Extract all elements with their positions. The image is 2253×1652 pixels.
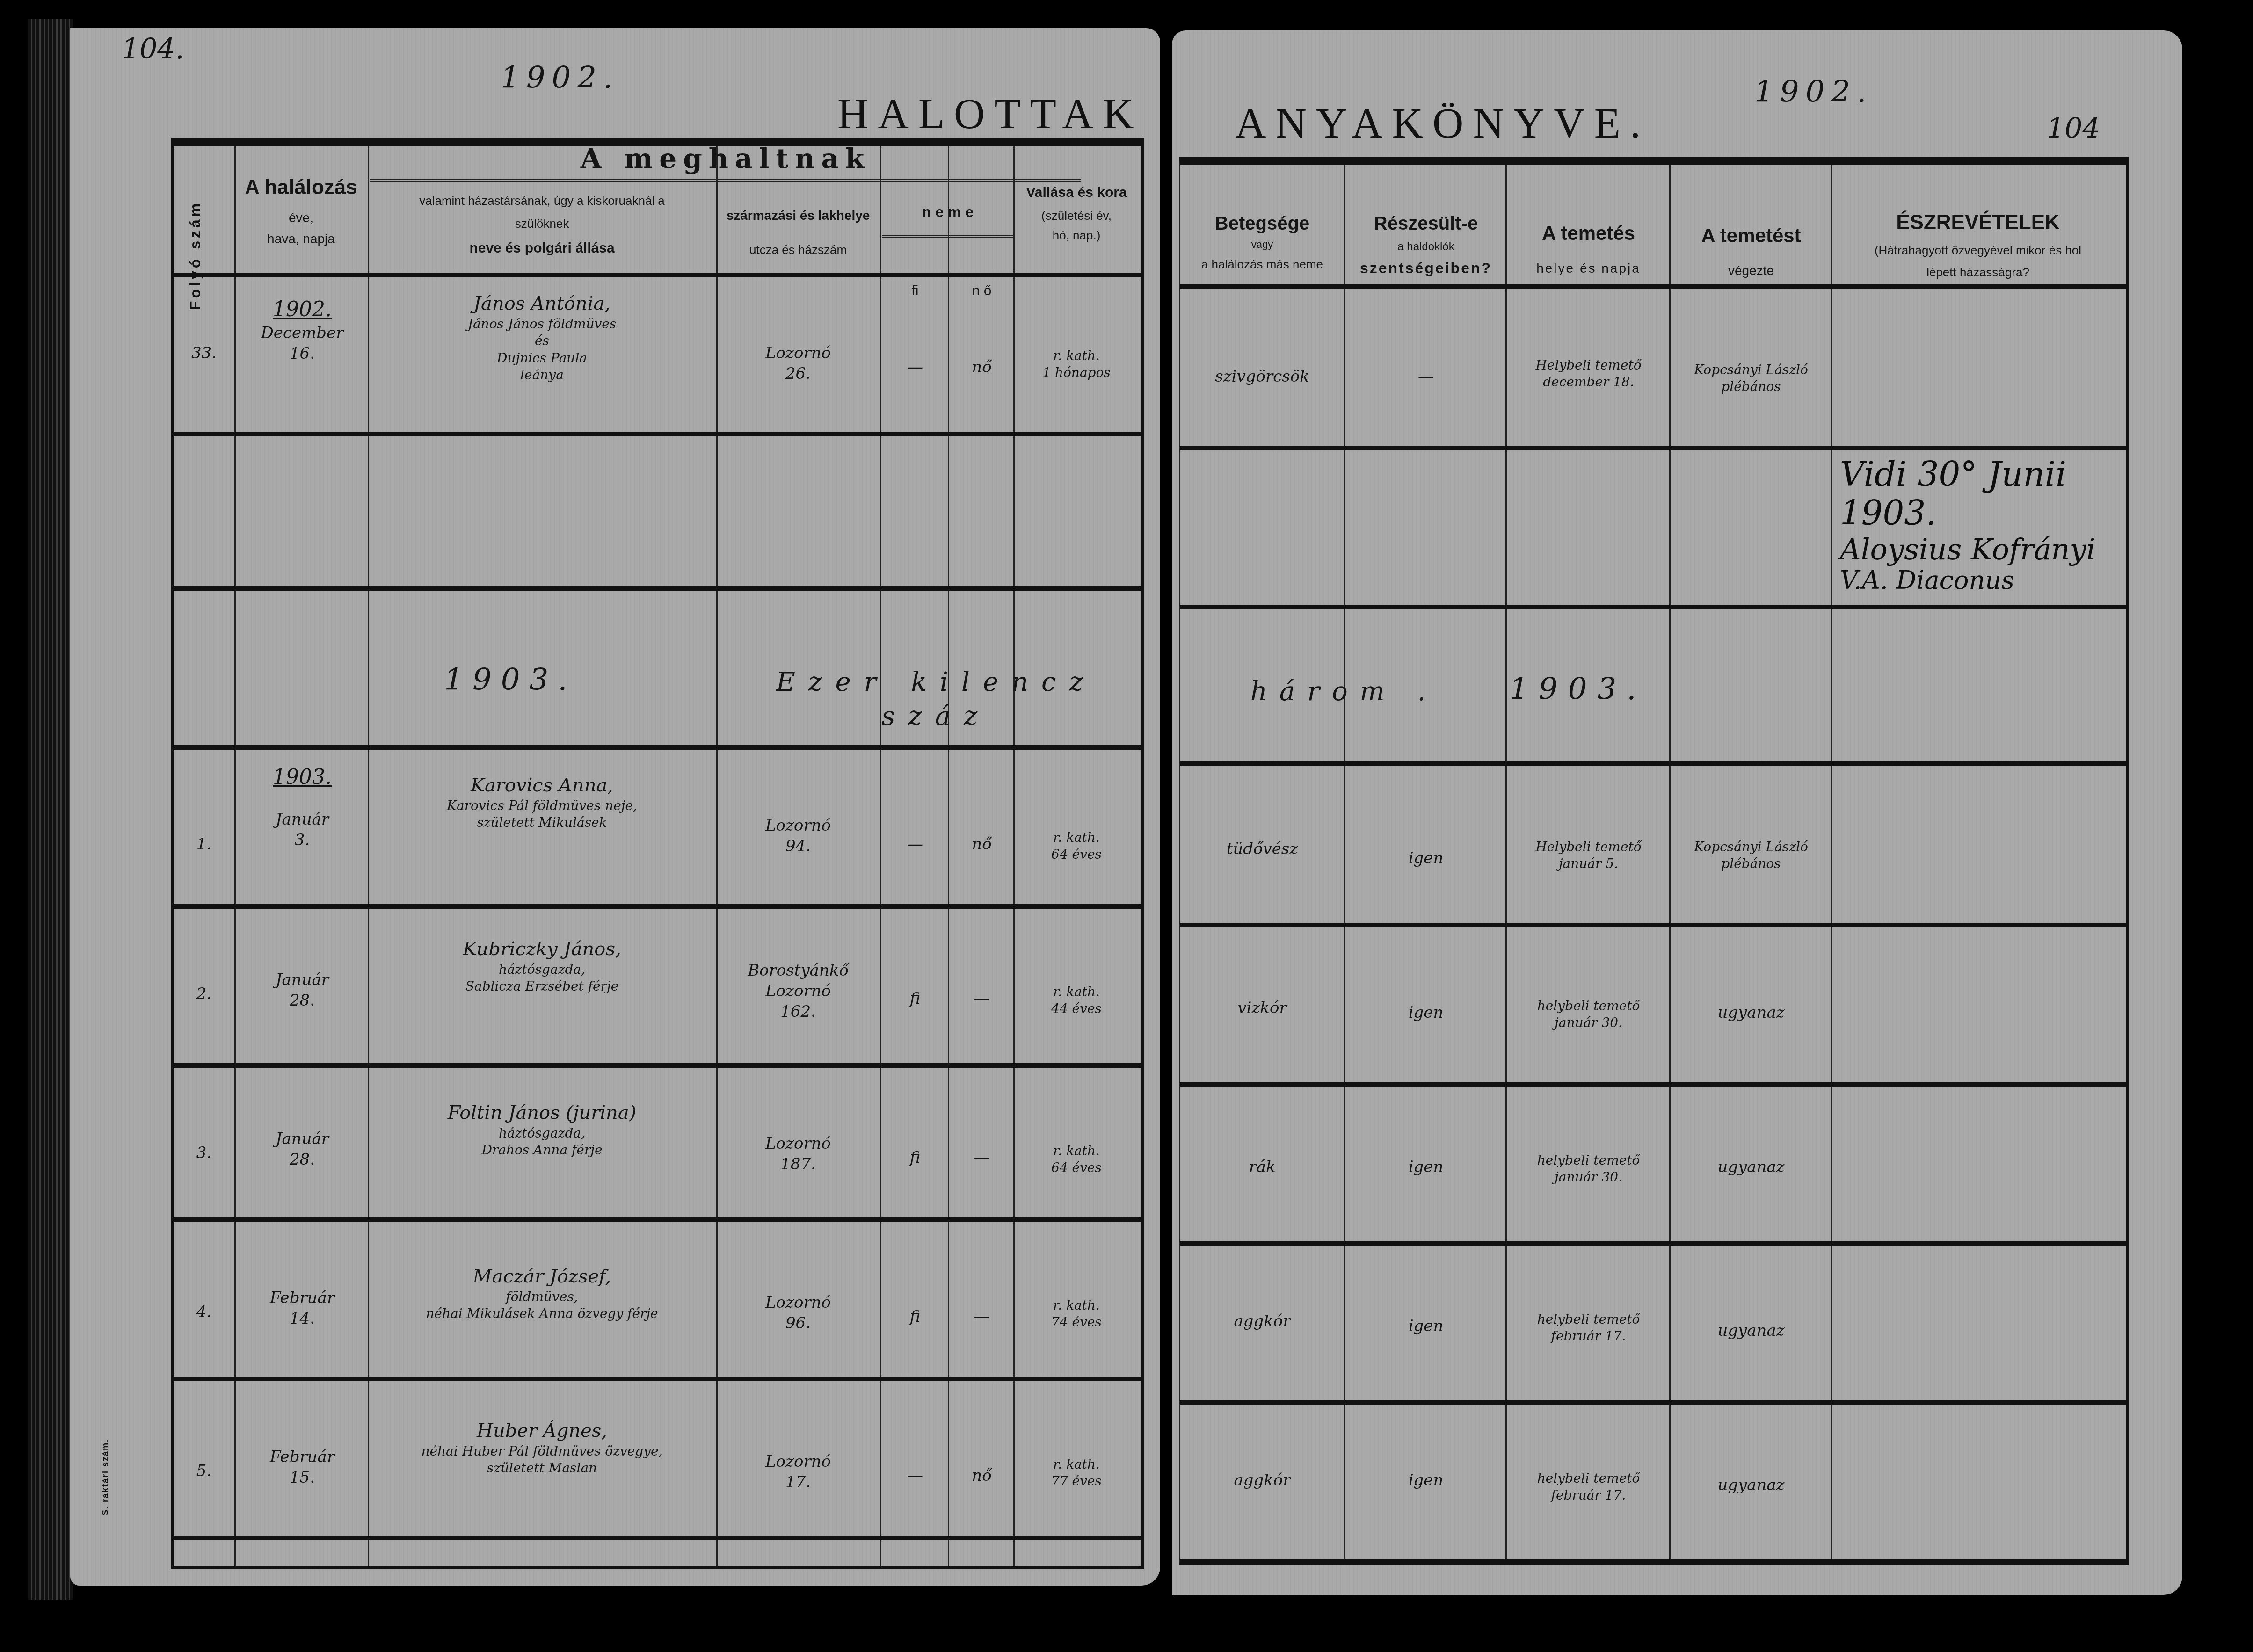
nev-line3: neve és polgári állása [370, 239, 714, 257]
betegsege-line1: vagy [1180, 238, 1344, 251]
entry-date: Január 28. [237, 970, 368, 1011]
entry-place: Lozornó 94. [719, 815, 878, 856]
entry-burial-date: december 18. [1508, 374, 1669, 391]
temetes-line1: helye és napja [1508, 260, 1669, 276]
entry-place: Lozornó 187. [719, 1133, 878, 1174]
row-divider [174, 1063, 1141, 1068]
entry-sacraments: igen [1346, 848, 1505, 869]
entry-date: Január 28. [237, 1129, 368, 1170]
row-divider [174, 904, 1141, 909]
entry-disease: szivgörcsök [1180, 366, 1344, 387]
header-eszrevetelek: ÉSZREVÉTELEK (Hátrahagyott özvegyével mi… [1833, 210, 2123, 280]
header-temetes: A temetés helye és napja [1508, 221, 1669, 276]
entry-house: 17. [719, 1472, 878, 1493]
vallasa-line1: (születési év, [1016, 208, 1137, 224]
entry-burial: helybeli temető február 17. [1508, 1470, 1669, 1504]
title-left: HALOTTAK [837, 89, 1143, 138]
col-line [1831, 165, 1832, 1562]
entry-religion: r. kath. [1016, 1297, 1137, 1314]
row-divider [174, 273, 1141, 277]
entry-day: 28. [237, 1149, 368, 1170]
entry-age: 77 éves [1016, 1473, 1137, 1490]
lakhely-line1: származási és lakhelye [719, 207, 878, 224]
row-divider [174, 586, 1141, 591]
entry-name-line3: Sablicza Erzsébet férje [370, 978, 714, 995]
col-line [1505, 165, 1507, 1562]
year-header-left: 1902. [501, 61, 619, 95]
entry-disease: rák [1180, 1157, 1344, 1177]
entry-officiant: ugyanaz [1672, 1475, 1831, 1495]
col-line [880, 146, 881, 1566]
entry-sacraments: — [1346, 366, 1505, 387]
entry-age: 74 éves [1016, 1314, 1137, 1331]
entry-officiant-name: Kopcsányi László [1672, 362, 1831, 378]
entry-no: 2. [174, 984, 234, 1004]
entry-place-line1: Borostyánkő [719, 960, 878, 981]
entry-name-line2: János János földmüves [370, 316, 714, 333]
row-divider [1180, 1400, 2126, 1405]
nev-line2: szülöknek [370, 216, 714, 232]
eszrevetelek-title: ÉSZREVÉTELEK [1833, 210, 2123, 235]
halalozas-title: A halálozás [237, 174, 365, 200]
entry-month: Január [237, 1129, 368, 1149]
entry-officiant: ugyanaz [1672, 1002, 1831, 1023]
entry-place-name: Lozornó [719, 1133, 878, 1154]
entry-burial-date: február 17. [1508, 1328, 1669, 1345]
entry-officiant-name: Kopcsányi László [1672, 839, 1831, 855]
entry-age: 64 éves [1016, 1159, 1137, 1176]
entry-name-main: Foltin János (jurina) [370, 1101, 714, 1125]
entry-religion-age: r. kath. 1 hónapos [1016, 348, 1137, 382]
row-divider [174, 1377, 1141, 1381]
annotation-line2: 1903. [1840, 494, 2121, 533]
entry-no-sex: nő [950, 357, 1013, 377]
year-divider-words-right: három . [1180, 675, 1508, 709]
annotation-signature: Aloysius Kofrányi [1840, 533, 2121, 566]
entry-name-main: Kubriczky János, [370, 937, 714, 961]
temetes-title: A temetés [1508, 221, 1669, 246]
row-divider [174, 1536, 1141, 1540]
entry-burial: helybeli temető január 30. [1508, 998, 1669, 1032]
left-page: 104. 1902. HALOTTAK S. raktári szám. Fol… [70, 28, 1160, 1586]
eszrevetelek-line1: (Hátrahagyott özvegyével mikor és hol [1833, 243, 2123, 258]
entry-religion: r. kath. [1016, 1456, 1137, 1473]
entry-no-sex: nő [950, 1465, 1013, 1486]
entry-fi: — [882, 834, 948, 855]
entry-date: 1902. December 16. [237, 296, 368, 364]
entry-religion: r. kath. [1016, 829, 1137, 846]
entry-fi: — [882, 1465, 948, 1486]
entry-name-main: Maczár József, [370, 1264, 714, 1289]
entry-name-line3: és [370, 333, 714, 349]
entry-officiant-title: plébános [1672, 378, 1831, 395]
year-divider-numeric-left: 1903. [370, 661, 651, 700]
entry-burial-date: január 30. [1508, 1014, 1669, 1031]
entry-religion: r. kath. [1016, 348, 1137, 364]
entry-house: 162. [719, 1001, 878, 1022]
nev-line1: valamint házastársának, úgy a kiskoruakn… [370, 193, 714, 209]
entry-name-line2: néhai Huber Pál földmüves özvegye, [370, 1443, 714, 1460]
entry-no: 33. [174, 343, 234, 363]
header-neme: n e m e [882, 203, 1013, 221]
entry-date: Február 14. [237, 1288, 368, 1329]
header-meghaltnak: A meghaltnak [370, 142, 1081, 176]
lakhely-line2: utcza és házszám [719, 242, 878, 258]
visitation-annotation: Vidi 30° Junii 1903. Aloysius Kofrányi V… [1840, 455, 2121, 595]
header-betegsege: Betegsége vagy a halálozás más neme [1180, 212, 1344, 272]
entry-burial: Helybeli temető január 5. [1508, 839, 1669, 873]
page-number-left: 104. [122, 33, 184, 65]
entry-age: 1 hónapos [1016, 364, 1137, 381]
side-stamp: S. raktári szám. [101, 1439, 110, 1515]
entry-religion-age: r. kath. 44 éves [1016, 984, 1137, 1018]
entry-no-sex: — [950, 1147, 1013, 1168]
entry-name-line3: született Mikulásek [370, 814, 714, 831]
halalozas-line2: hava, napja [237, 231, 365, 247]
entry-house: 26. [719, 363, 878, 384]
entry-no: 4. [174, 1302, 234, 1322]
entry-fi: fi [882, 988, 948, 1009]
entry-burial-date: február 17. [1508, 1487, 1669, 1504]
header-halalozas: A halálozás éve, hava, napja [237, 174, 365, 247]
entry-year: 1902. [237, 296, 368, 323]
entry-name-line3: néhai Mikulásek Anna özvegy férje [370, 1305, 714, 1322]
entry-name-line3: Drahos Anna férje [370, 1142, 714, 1159]
entry-officiant-title: plébános [1672, 855, 1831, 872]
entry-place: Borostyánkő Lozornó 162. [719, 960, 878, 1022]
entry-disease: aggkór [1180, 1470, 1344, 1491]
entry-day: 28. [237, 990, 368, 1011]
entry-place: Lozornó 17. [719, 1451, 878, 1493]
entry-burial: helybeli temető február 17. [1508, 1311, 1669, 1345]
title-right: ANYAKÖNYVE. [1235, 98, 1650, 148]
entry-burial: helybeli temető január 30. [1508, 1152, 1669, 1186]
col-line [716, 146, 718, 1566]
row-divider [1180, 284, 2126, 289]
book-spine-edge [28, 19, 73, 1600]
entry-name: János Antónia, János János földmüves és … [370, 291, 714, 384]
entry-fi: fi [882, 1306, 948, 1327]
entry-name-line2: földmüves, [370, 1289, 714, 1305]
row-divider [1180, 605, 2126, 609]
entry-house: 94. [719, 836, 878, 856]
entry-date: 1903. Január 3. [237, 764, 368, 851]
entry-no: 3. [174, 1143, 234, 1163]
entry-day: 15. [237, 1467, 368, 1488]
header-nev: valamint házastársának, úgy a kiskoruakn… [370, 193, 714, 257]
entry-no-sex: — [950, 1306, 1013, 1327]
right-page: ANYAKÖNYVE. 1902. 104 Betegsége vagy a h… [1172, 30, 2182, 1595]
entry-no-sex: nő [950, 834, 1013, 855]
entry-name-main: Huber Ágnes, [370, 1419, 714, 1443]
vallasa-line2: hó, nap.) [1016, 228, 1137, 243]
entry-name: Huber Ágnes, néhai Huber Pál földmüves ö… [370, 1419, 714, 1477]
entry-name-line2: Karovics Pál földmüves neje, [370, 797, 714, 814]
entry-place: Lozornó 96. [719, 1292, 878, 1333]
year-header-right: 1902. [1754, 75, 1873, 109]
eszrevetelek-line2: lépett házasságra? [1833, 265, 2123, 280]
header-reszesult: Részesült-e a haldoklók szentségeiben? [1346, 212, 1505, 277]
header-no: n ő [950, 282, 1013, 300]
entry-month: December [237, 323, 368, 343]
header-folyo-szam: Folyó szám [187, 201, 204, 310]
row-divider [1180, 761, 2126, 766]
entry-religion-age: r. kath. 77 éves [1016, 1456, 1137, 1490]
entry-officiant: ugyanaz [1672, 1157, 1831, 1177]
row-divider [174, 432, 1141, 436]
entry-burial-place: Helybeli temető [1508, 357, 1669, 374]
entry-date: Február 15. [237, 1447, 368, 1488]
entry-disease: vizkór [1180, 998, 1344, 1018]
entry-sacraments: igen [1346, 1316, 1505, 1336]
col-line [1344, 165, 1345, 1562]
col-line [948, 146, 949, 1566]
entry-fi: fi [882, 1147, 948, 1168]
entry-name-line2: háztósgazda, [370, 961, 714, 978]
entry-sacraments: igen [1346, 1002, 1505, 1023]
betegsege-line2: a halálozás más neme [1180, 257, 1344, 272]
entry-name-line5: leánya [370, 367, 714, 384]
entry-religion-age: r. kath. 64 éves [1016, 829, 1137, 863]
row-divider [1180, 1082, 2126, 1087]
neme-divider [882, 235, 1013, 238]
header-temetest: A temetést végezte [1672, 224, 1831, 279]
row-divider [1180, 1559, 2126, 1564]
entry-burial-date: január 30. [1508, 1169, 1669, 1186]
reszesult-line2: szentségeiben? [1346, 259, 1505, 277]
entry-house: 187. [719, 1154, 878, 1174]
row-divider [1180, 923, 2126, 927]
entry-officiant: Kopcsányi László plébános [1672, 839, 1831, 873]
entry-sacraments: igen [1346, 1157, 1505, 1177]
header-lakhely: származási és lakhelye utcza és házszám [719, 207, 878, 258]
entry-month: Január [237, 809, 368, 830]
header-fi: fi [882, 282, 948, 300]
reszesult-line1: a haldoklók [1346, 240, 1505, 254]
col-line [1669, 165, 1671, 1562]
entry-burial-place: helybeli temető [1508, 1470, 1669, 1487]
entry-burial-place: helybeli temető [1508, 1152, 1669, 1169]
entry-name-main: János Antónia, [370, 291, 714, 316]
entry-burial-place: helybeli temető [1508, 998, 1669, 1014]
entry-age: 64 éves [1016, 846, 1137, 863]
entry-religion-age: r. kath. 64 éves [1016, 1143, 1137, 1177]
left-register-table: Folyó szám A halálozás éve, hava, napja … [171, 138, 1144, 1569]
temetest-title: A temetést [1672, 224, 1831, 248]
entry-name-main: Karovics Anna, [370, 773, 714, 797]
halalozas-line1: éve, [237, 210, 365, 226]
entry-officiant: Kopcsányi László plébános [1672, 362, 1831, 396]
annotation-title: V.A. Diaconus [1840, 566, 2121, 595]
entry-burial-place: Helybeli temető [1508, 839, 1669, 855]
entry-fi: — [882, 357, 948, 377]
entry-name-line4: Dujnics Paula [370, 350, 714, 367]
entry-place-name: Lozornó [719, 815, 878, 836]
entry-place-name: Lozornó [719, 343, 878, 363]
vallasa-title: Vallása és kora [1016, 184, 1137, 202]
entry-no: 1. [174, 834, 234, 855]
entry-place: Lozornó 26. [719, 343, 878, 384]
entry-no: 5. [174, 1461, 234, 1481]
entry-name-line2: háztósgazda, [370, 1125, 714, 1142]
entry-sacraments: igen [1346, 1470, 1505, 1491]
entry-day: 14. [237, 1308, 368, 1329]
col-line [368, 146, 369, 1566]
entry-disease: tüdővész [1180, 839, 1344, 859]
entry-month: Január [237, 970, 368, 990]
entry-name-line3: született Maslan [370, 1460, 714, 1477]
page-number-right: 104 [2047, 112, 2100, 145]
year-divider-words-left: Ezer kilencz száz [726, 666, 1147, 734]
entry-month: Február [237, 1447, 368, 1467]
entry-age: 44 éves [1016, 1000, 1137, 1017]
entry-day: 3. [237, 830, 368, 850]
temetest-line1: végezte [1672, 262, 1831, 279]
entry-place-name: Lozornó [719, 981, 878, 1001]
entry-religion: r. kath. [1016, 1143, 1137, 1159]
row-divider [174, 1217, 1141, 1222]
entry-house: 96. [719, 1313, 878, 1333]
meghaltnak-underline [370, 179, 1081, 182]
row-divider [1180, 446, 2126, 450]
entry-name: Maczár József, földmüves, néhai Mikuláse… [370, 1264, 714, 1323]
entry-burial-place: helybeli temető [1508, 1311, 1669, 1328]
entry-day: 16. [237, 343, 368, 364]
right-register-table: Betegsége vagy a halálozás más neme Rész… [1179, 157, 2129, 1565]
row-divider [1180, 1241, 2126, 1246]
row-divider [174, 745, 1141, 750]
entry-place-name: Lozornó [719, 1451, 878, 1472]
year-divider-numeric-right: 1903. [1461, 670, 1695, 709]
entry-disease: aggkór [1180, 1311, 1344, 1332]
entry-officiant: ugyanaz [1672, 1320, 1831, 1341]
entry-no-sex: — [950, 988, 1013, 1009]
annotation-line1: Vidi 30° Junii [1840, 455, 2121, 494]
header-vallasa: Vallása és kora (születési év, hó, nap.) [1016, 184, 1137, 243]
entry-name: Karovics Anna, Karovics Pál földmüves ne… [370, 773, 714, 832]
entry-burial: Helybeli temető december 18. [1508, 357, 1669, 391]
entry-religion-age: r. kath. 74 éves [1016, 1297, 1137, 1331]
entry-place-name: Lozornó [719, 1292, 878, 1313]
entry-name: Foltin János (jurina) háztósgazda, Draho… [370, 1101, 714, 1159]
betegsege-title: Betegsége [1180, 212, 1344, 235]
entry-month: Február [237, 1288, 368, 1308]
entry-year: 1903. [237, 764, 368, 790]
reszesult-title: Részesült-e [1346, 212, 1505, 235]
entry-religion: r. kath. [1016, 984, 1137, 1000]
col-line [234, 146, 236, 1566]
entry-name: Kubriczky János, háztósgazda, Sablicza E… [370, 937, 714, 995]
col-line [1013, 146, 1015, 1566]
entry-burial-date: január 5. [1508, 855, 1669, 872]
